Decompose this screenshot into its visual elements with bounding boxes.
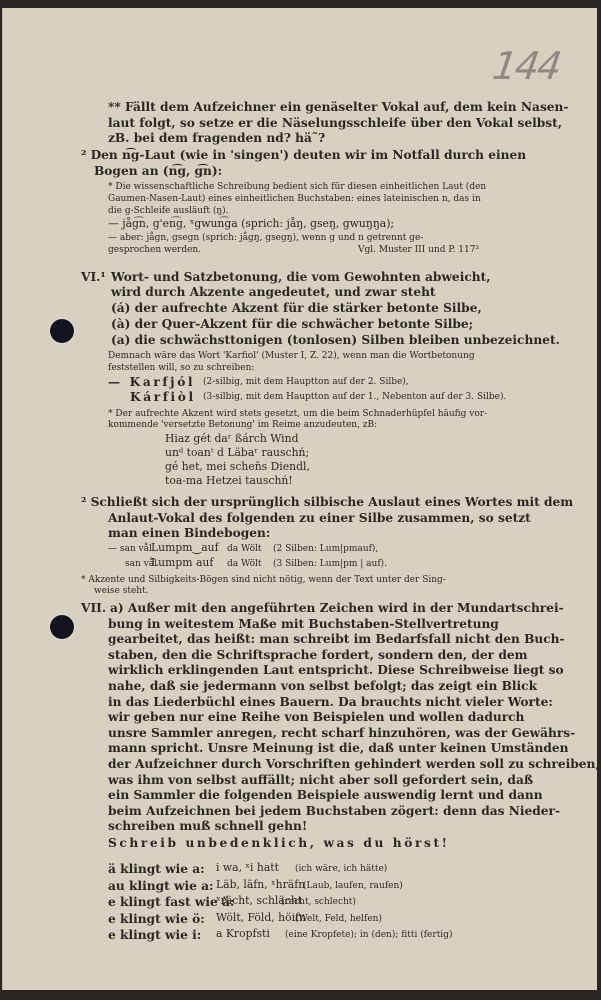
- text-line: gesprochen werden.: [108, 246, 201, 255]
- text-line: ein Sammler die folgenden Beispiele ausw…: [108, 789, 543, 801]
- handwritten-page-number: 144: [490, 44, 563, 88]
- verse-line: toa-ma Hetzei tauschń!: [165, 476, 293, 487]
- sound-gloss: (ich wäre, ich hätte): [295, 865, 387, 874]
- text-line: mann spricht. Unsre Meinung ist die, daß…: [108, 742, 568, 754]
- punch-hole-icon: [50, 319, 74, 343]
- text-line: Bogen an (n͡g, g͡n):: [94, 165, 222, 177]
- text-line: — jåg͡n, g'en͡g, ˣgwun͡ga (sprich: jåŋ, …: [108, 219, 394, 230]
- text-line: bung in weitestem Maße mit Buchstaben-St…: [108, 618, 499, 630]
- text-line: (a) die schwächsttonigen (tonlosen) Silb…: [111, 334, 560, 346]
- text-line: gearbeitet, das heißt: man schreibt im B…: [108, 633, 565, 645]
- sound-label: ä klingt wie a:: [108, 863, 205, 875]
- sound-gloss: (recht, schlecht): [281, 898, 356, 907]
- sound-words: a Kropfsti: [216, 929, 270, 940]
- text-line: beim Aufzeichnen bei jedem Buchstaben zö…: [108, 805, 560, 817]
- text-line: Gaumen-Nasen-Laut) eines einheitlichen B…: [108, 195, 481, 204]
- text-line: wirklich erklingenden Laut entspricht. D…: [108, 664, 564, 676]
- verse-line: unᵈ toanᵗ d Läbaʳ rauschń;: [165, 448, 309, 459]
- text-line: * Akzente und Silbigkeits-Bögen sind nic…: [81, 576, 446, 585]
- example-suffix: da Wölt: [227, 545, 262, 554]
- text-line: schreiben muß schnell gehn!: [108, 820, 307, 832]
- text-line: man einen Bindebogen:: [108, 527, 270, 539]
- text-line: der Aufzeichner durch Vorschriften gehin…: [108, 758, 600, 770]
- text-line: (á) der aufrechte Akzent für die stärker…: [111, 302, 482, 314]
- motto: Schreib unbedenklich, was du hörst!: [108, 837, 450, 849]
- example-prefix: — san vål: [108, 545, 152, 554]
- text-line: ² Schließt sich der ursprünglich silbisc…: [81, 496, 573, 508]
- example-word: Kárfiòl: [130, 391, 196, 403]
- text-line: * Der aufrechte Akzent wird stets gesetz…: [108, 410, 487, 419]
- example-note: (3-silbig, mit dem Hauptton auf der 1., …: [203, 393, 506, 402]
- section-numeral: VII.: [81, 602, 106, 614]
- text-line: wir geben nur eine Reihe von Beispielen …: [108, 711, 524, 723]
- text-line: * Die wissenschaftliche Schreibung bedie…: [108, 183, 486, 192]
- text-line: in das Liederbüchl eines Bauern. Da brau…: [108, 696, 553, 708]
- reference: Vgl. Muster III und P. 117²: [358, 246, 479, 255]
- text-line: ** Fällt dem Aufzeichner ein genäselter …: [108, 101, 568, 113]
- text-line: wird durch Akzente angedeutet, und zwar …: [111, 286, 436, 298]
- sound-label: e klingt wie i:: [108, 929, 201, 941]
- sound-gloss: (eine Kropfete); in (den); fitti (fertig…: [285, 931, 452, 940]
- sound-words: Wölt, Föld, höifn: [216, 913, 306, 924]
- example-suffix: da Wölt: [227, 560, 262, 569]
- document-page: 144 ** Fällt dem Aufzeichner ein genäsel…: [2, 8, 597, 990]
- text-line: laut folgt, so setze er die Näselungssch…: [108, 117, 562, 129]
- sound-words: Läb, läfn, ˣhräfn: [216, 880, 305, 891]
- example-note: (2-silbig, mit dem Hauptton auf der 2. S…: [203, 378, 409, 387]
- sound-gloss: (Laub, laufen, raufen): [303, 882, 403, 891]
- text-line: a) Außer mit den angeführten Zeichen wir…: [110, 602, 564, 614]
- verse-line: Hiaz gét daʳ ßárch Wind: [165, 434, 299, 445]
- text-line: (à) der Quer-Akzent für die schwächer be…: [111, 318, 473, 330]
- sound-gloss: (Welt, Feld, helfen): [295, 915, 382, 924]
- text-line: weise steht.: [94, 587, 149, 596]
- example-word: Lumpm auf: [151, 558, 213, 569]
- text-line: kommende 'versetzte Betonung' im Reime a…: [108, 421, 377, 430]
- verse-line: gé het, mei schen̄s Diendl,: [165, 462, 310, 473]
- sound-words: i wa, ˣi hatt: [216, 863, 279, 874]
- text-line: feststellen will, so zu schreiben:: [108, 364, 254, 373]
- text-line: ² Den n͡g-Laut (wie in 'singen') deuten …: [81, 149, 526, 161]
- text-line: unsre Sammler anregen, recht scharf hinz…: [108, 727, 575, 739]
- text-line: — aber: jågn, gsegn (sprich: jågŋ, gsegŋ…: [108, 234, 423, 243]
- example-word: Lumpm‿auf: [151, 543, 219, 554]
- text-line: Anlaut-Vokal des folgenden zu einer Silb…: [108, 512, 531, 524]
- text-line: die g-Schleife ausläuft (ŋ).: [108, 207, 229, 216]
- punch-hole-icon: [50, 615, 74, 639]
- sound-label: au klingt wie a:: [108, 880, 213, 892]
- example-note: (2 Silben: Lum|pmauf),: [273, 545, 378, 554]
- text-line: staben, den die Schriftsprache fordert, …: [108, 649, 528, 661]
- text-line: was ihm von selbst auffällt; nicht aber …: [108, 774, 533, 786]
- example-word: — Karfjól: [108, 376, 195, 388]
- text-line: Demnach wäre das Wort 'Karfiol' (Muster …: [108, 352, 475, 361]
- sound-label: e klingt wie ö:: [108, 913, 205, 925]
- section-numeral: VI.¹: [81, 271, 106, 283]
- text-line: zB. bei dem fragenden nd? hä˜?: [108, 132, 325, 144]
- text-line: nahe, daß sie jedermann von selbst befol…: [108, 680, 537, 692]
- example-note: (3 Silben: Lum|pm | auf).: [273, 560, 387, 569]
- text-line: Wort- und Satzbetonung, die vom Gewohnte…: [111, 271, 490, 283]
